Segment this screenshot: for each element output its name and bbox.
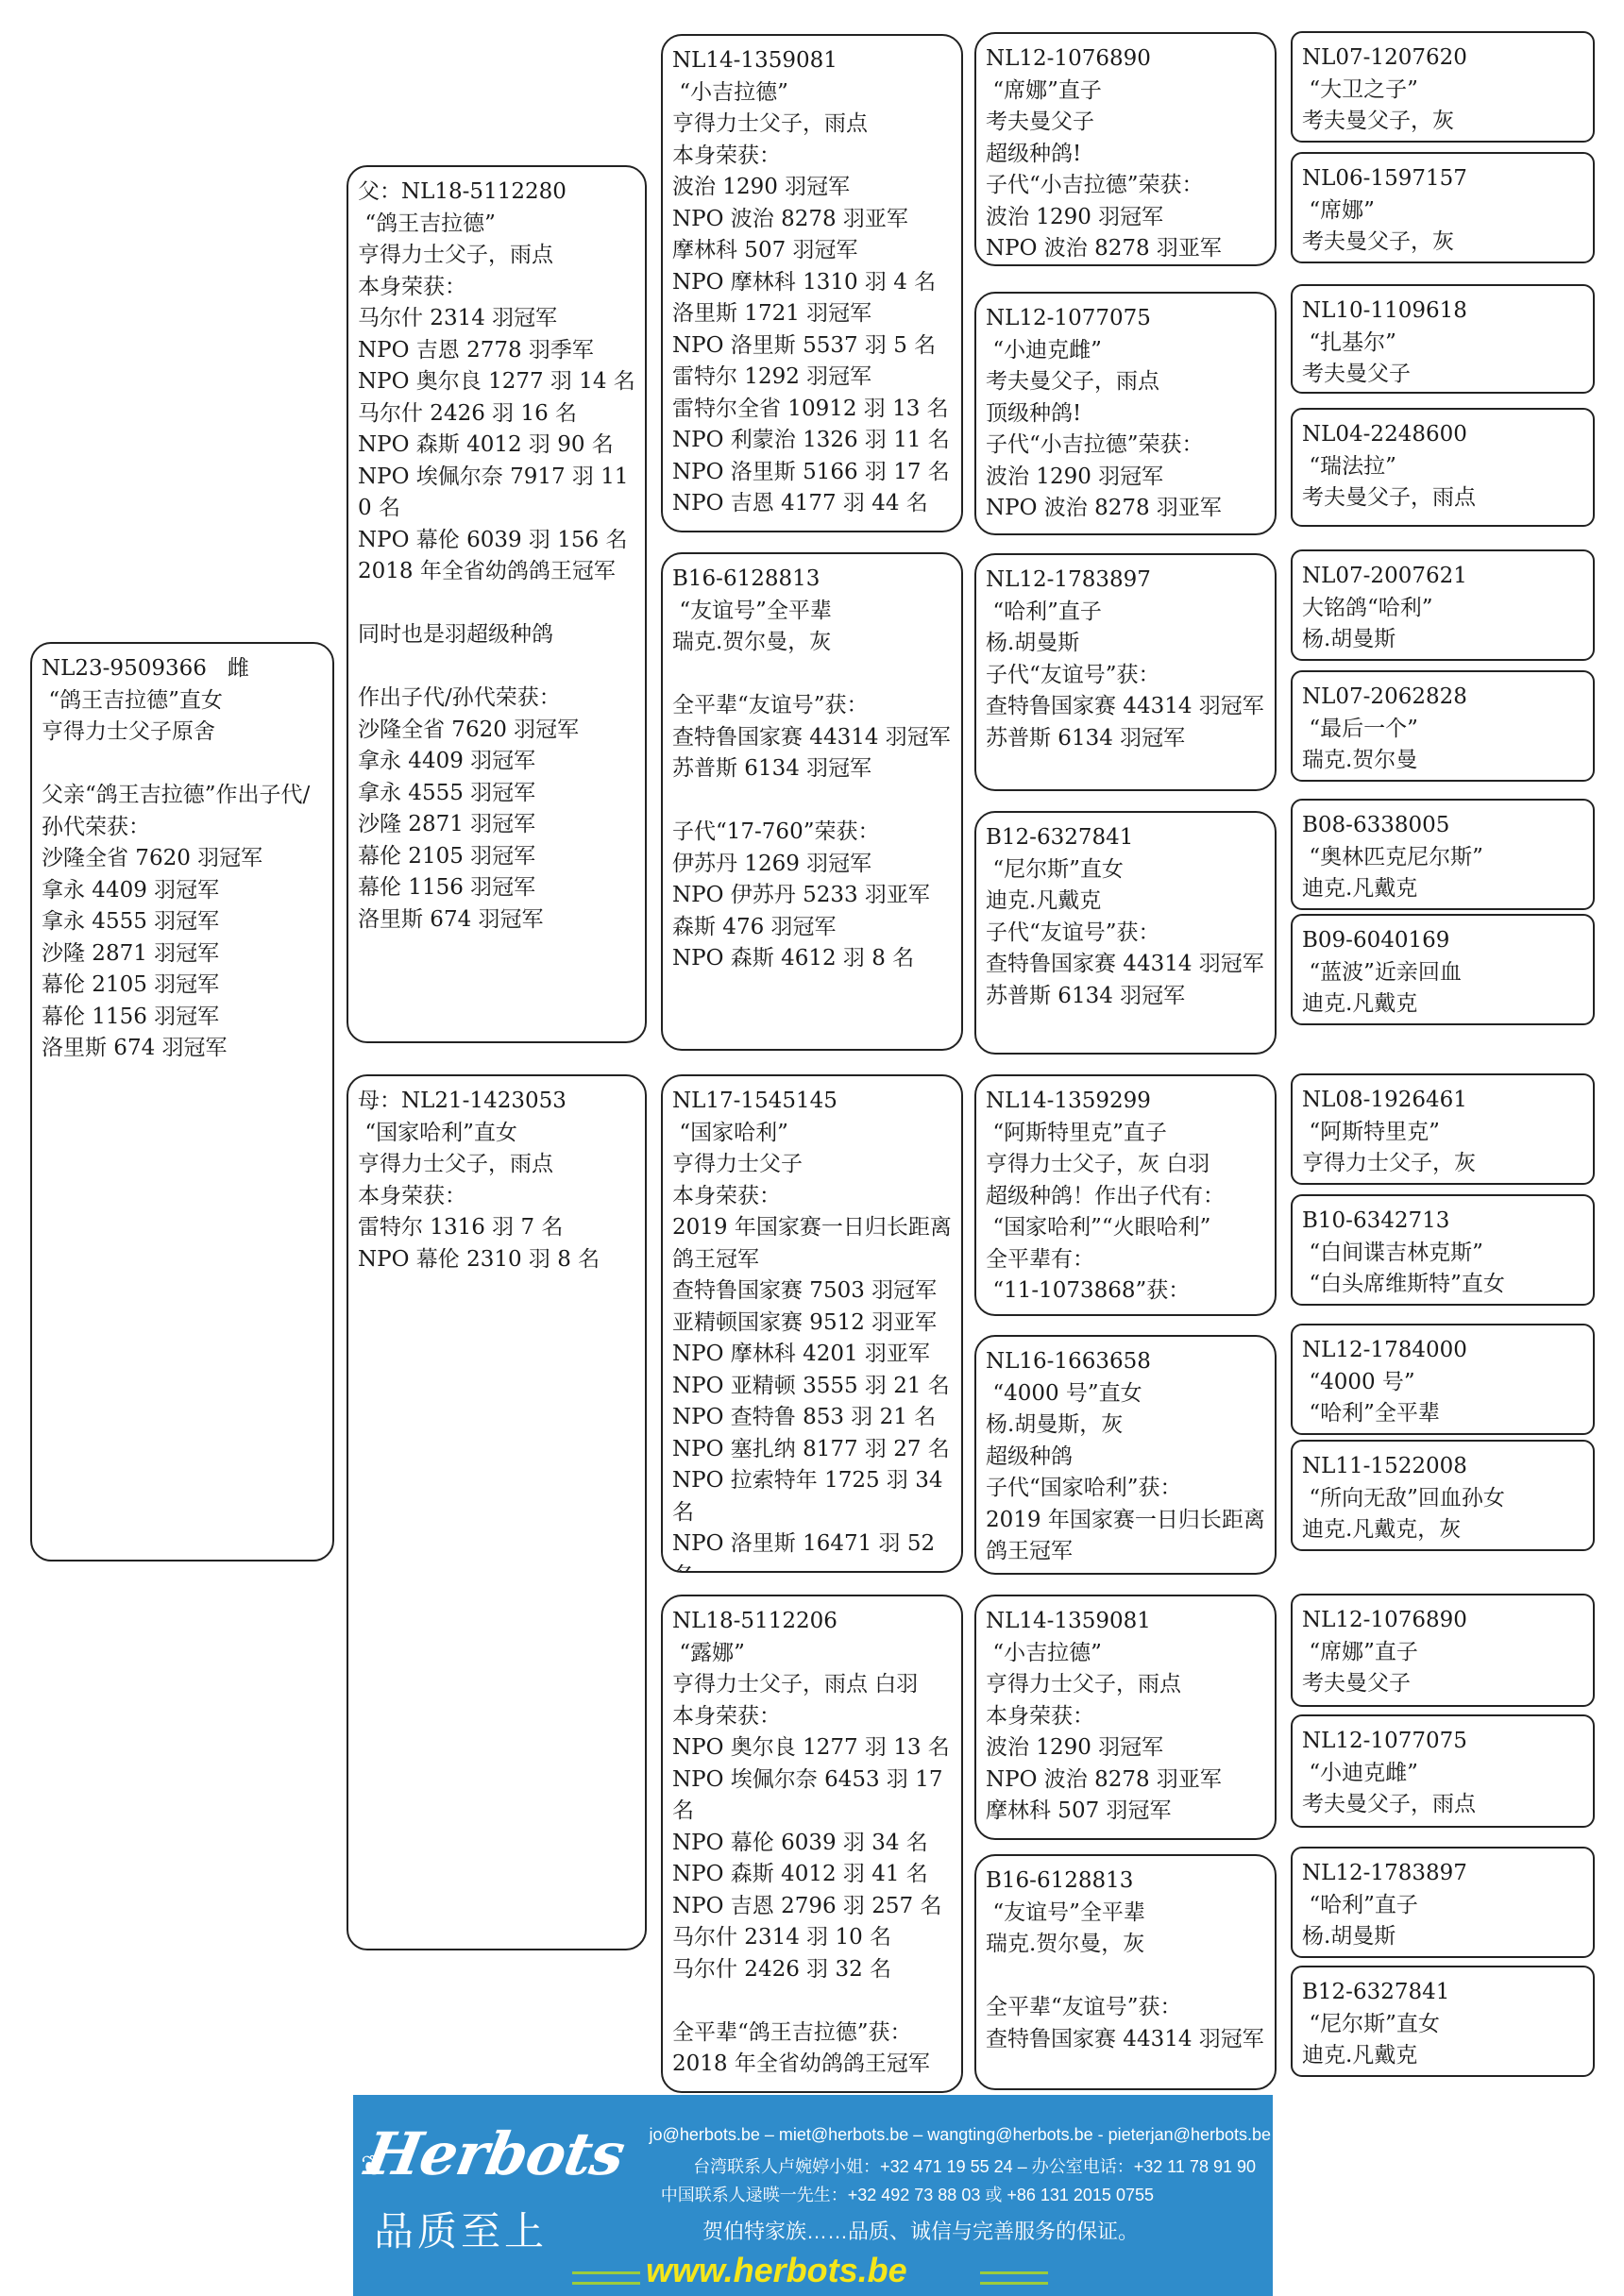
ring-number: B12-6327841: [1302, 1977, 1583, 2009]
card-line: “瑞法拉”: [1302, 451, 1583, 483]
card-line: NPO 亚精顿 3555 羽 21 名: [672, 1371, 952, 1403]
card-line: 摩林科 507 羽冠军: [672, 235, 952, 267]
great-great-grandparent-card: NL07-2007621大铭鸽“哈利”杨.胡曼斯: [1291, 549, 1595, 661]
card-line: “哈利”直子: [1302, 1890, 1583, 1922]
ring-number: NL14-1359299: [986, 1086, 1265, 1118]
great-grandparent-card: B16-6128813 “友谊号”全平辈瑞克.贺尔曼，灰全平辈“友谊号”获：查特…: [974, 1854, 1277, 2090]
card-line: “小迪克雌”: [986, 335, 1265, 367]
card-line: 本身荣获：: [672, 1701, 952, 1733]
card-line: 杨.胡曼斯: [1302, 1921, 1583, 1953]
card-line: 亨得力士父子，灰: [1302, 1148, 1583, 1180]
card-line: 查特鲁国家赛 44314 羽冠军: [986, 2024, 1265, 2056]
card-line: NPO 洛里斯 5537 羽 5 名: [672, 330, 952, 363]
great-great-grandparent-card: NL12-1783897 “哈利”直子杨.胡曼斯: [1291, 1847, 1595, 1958]
card-line: 雷特尔全省 10912 羽 13 名: [672, 394, 952, 426]
slogan: 品质至上: [374, 2201, 548, 2257]
card-line: 本身荣获：: [358, 272, 635, 304]
card-line: 亨得力士父子，雨点: [672, 109, 952, 141]
ring-number: NL16-1663658: [986, 1346, 1265, 1378]
ring-number: NL06-1597157: [1302, 163, 1583, 195]
ring-number: NL07-1207620: [1302, 42, 1583, 75]
card-line: “友谊号”全平辈: [986, 1898, 1265, 1930]
great-grandparent-card: NL14-1359299 “阿斯特里克”直子亨得力士父子，灰 白羽超级种鸽！作出…: [974, 1074, 1277, 1316]
great-great-grandparent-card: NL12-1076890 “席娜”直子考夫曼父子: [1291, 1594, 1595, 1707]
grandparent-card: B16-6128813 “友谊号”全平辈瑞克.贺尔曼，灰全平辈“友谊号”获：查特…: [661, 552, 963, 1051]
card-line: “国家哈利”: [672, 1118, 952, 1150]
card-line: NPO 利蒙治 1326 羽 11 名: [672, 425, 952, 457]
card-line: “哈利”直子: [986, 597, 1265, 629]
card-line: “阿斯特里克”直子: [986, 1118, 1265, 1150]
card-line: NPO 幕伦 2310 羽 8 名: [358, 1244, 635, 1276]
card-line: NPO 幕伦 6039 羽 34 名: [672, 1828, 952, 1860]
card-line: 波治 1290 羽冠军: [986, 1732, 1265, 1764]
card-line: NPO 伊苏丹 5233 羽亚军: [672, 880, 952, 912]
herbots-logo: Herbots: [361, 2119, 630, 2188]
card-line: 洛里斯 674 羽冠军: [358, 904, 635, 937]
great-grandparent-card: NL12-1077075 “小迪克雌”考夫曼父子，雨点顶级种鸽!子代“小吉拉德”…: [974, 292, 1277, 535]
ring-number: B16-6128813: [672, 564, 952, 596]
card-line: NPO 奥尔良 1277 羽 14 名: [358, 366, 635, 398]
card-line: [986, 1961, 1265, 1993]
card-line: 本身荣获：: [986, 1701, 1265, 1733]
great-great-grandparent-card: NL10-1109618 “扎基尔”考夫曼父子: [1291, 284, 1595, 394]
card-line: 拿永 4555 羽冠军: [358, 778, 635, 810]
card-line: 本身荣获：: [358, 1181, 635, 1213]
great-great-grandparent-card: B12-6327841 “尼尔斯”直女迪克.凡戴克: [1291, 1966, 1595, 2077]
card-line: NPO 波治 8278 羽亚军: [672, 204, 952, 236]
card-line: NPO 森斯 4012 羽 90 名: [358, 430, 635, 462]
card-line: NPO 塞扎纳 8177 羽 27 名: [672, 1434, 952, 1466]
ring-number: NL08-1926461: [1302, 1085, 1583, 1117]
card-line: 洛里斯 1721 羽冠军: [672, 298, 952, 330]
card-line: 幕伦 1156 羽冠军: [358, 872, 635, 904]
card-line: 沙隆 2871 羽冠军: [42, 938, 323, 971]
card-line: 瑞克.贺尔曼，灰: [672, 627, 952, 659]
card-line: 沙隆 2871 羽冠军: [358, 809, 635, 841]
card-line: 苏普斯 6134 羽冠军: [986, 723, 1265, 755]
card-line: “奥林匹克尼尔斯”: [1302, 842, 1583, 874]
card-line: 迪克.凡戴克: [1302, 2040, 1583, 2072]
card-line: 全平辈“友谊号”获：: [986, 1992, 1265, 2024]
grandparent-card: NL18-5112206 “露娜”亨得力士父子，雨点 白羽本身荣获：NPO 奥尔…: [661, 1595, 963, 2093]
card-line: 拿永 4409 羽冠军: [358, 746, 635, 778]
card-line: 父亲“鸽王吉拉德”作出子代/孙代荣获：: [42, 780, 323, 843]
card-line: 子代“友谊号”获：: [986, 660, 1265, 692]
great-great-grandparent-card: B09-6040169 “蓝波”近亲回血迪克.凡戴克: [1291, 914, 1595, 1025]
card-line: 本身荣获：: [672, 141, 952, 173]
card-line: “鸽王吉拉德”: [358, 209, 635, 241]
card-line: 杨.胡曼斯: [1302, 624, 1583, 656]
ring-number: NL17-1545145: [672, 1086, 952, 1118]
card-line: “小吉拉德”: [672, 77, 952, 110]
card-line: 迪克.凡戴克: [1302, 873, 1583, 905]
card-line: 亨得力士父子，雨点 白羽: [672, 1669, 952, 1701]
grandparent-card: NL17-1545145 “国家哈利”亨得力士父子本身荣获：2019 年国家赛一…: [661, 1074, 963, 1573]
ring-number: NL10-1109618: [1302, 295, 1583, 328]
card-line: 拿永 4409 羽冠军: [42, 875, 323, 907]
card-line: 沙隆全省 7620 羽冠军: [358, 715, 635, 747]
herbots-banner: ❦ Herbots 品质至上 jo@herbots.be – miet@herb…: [353, 2095, 1273, 2296]
great-grandparent-card: B12-6327841 “尼尔斯”直女迪克.凡戴克子代“友谊号”获：查特鲁国家赛…: [974, 811, 1277, 1055]
card-line: 考夫曼父子，灰: [1302, 106, 1583, 138]
sire-card: 父：NL18-5112280 “鸽王吉拉德”亨得力士父子，雨点本身荣获：马尔什 …: [347, 165, 647, 1043]
card-line: 子代“小吉拉德”荣获：: [986, 170, 1265, 202]
ring-number: NL07-2007621: [1302, 561, 1583, 593]
card-line: 苏普斯 6134 羽冠军: [672, 753, 952, 785]
card-line: 考夫曼父子，雨点: [1302, 1789, 1583, 1821]
card-line: “最后一个”: [1302, 714, 1583, 746]
card-line: [672, 659, 952, 691]
card-line: 马尔什 2314 羽冠军: [358, 303, 635, 335]
great-great-grandparent-card: NL04-2248600 “瑞法拉”考夫曼父子，雨点: [1291, 408, 1595, 527]
card-line: NPO 查特鲁 853 羽 21 名: [672, 1402, 952, 1434]
card-line: 2018 年全省幼鸽鸽王冠军: [672, 2049, 952, 2081]
card-line: 亨得力士父子，雨点: [986, 1669, 1265, 1701]
ring-number: B12-6327841: [986, 822, 1265, 854]
card-line: 同时也是羽超级种鸽: [358, 619, 635, 651]
ring-number: NL04-2248600: [1302, 419, 1583, 451]
card-line: 森斯 476 羽冠军: [672, 912, 952, 944]
card-line: NPO 森斯 4012 羽 41 名: [672, 1859, 952, 1891]
card-line: 考夫曼父子: [1302, 1668, 1583, 1700]
card-line: 迪克.凡戴克: [986, 886, 1265, 918]
card-line: 摩林科 507 羽冠军: [986, 1796, 1265, 1828]
card-line: 超级种鸽: [986, 1442, 1265, 1474]
card-line: “露娜”: [672, 1638, 952, 1670]
decorative-line-right: [980, 2271, 1048, 2285]
card-line: “哈利”全平辈: [1302, 1398, 1583, 1430]
card-line: 雷特尔 1292 羽冠军: [672, 362, 952, 394]
card-line: 本身荣获：: [672, 1181, 952, 1213]
card-line: “尼尔斯”直女: [986, 854, 1265, 886]
card-line: 亨得力士父子，雨点: [358, 240, 635, 272]
card-line: 马尔什 2314 羽 10 名: [672, 1922, 952, 1954]
card-line: 大铭鸽“哈利”: [1302, 593, 1583, 625]
card-line: 全平辈“友谊号”获：: [672, 690, 952, 722]
ring-number: NL14-1359081: [986, 1606, 1265, 1638]
great-grandparent-card: NL14-1359081 “小吉拉德”亨得力士父子，雨点本身荣获：波治 1290…: [974, 1595, 1277, 1840]
card-line: NPO 森斯 4612 羽 8 名: [672, 943, 952, 975]
card-line: 超级种鸽!: [986, 139, 1265, 171]
card-line: “国家哈利”“火眼哈利”: [986, 1212, 1265, 1244]
card-line: [358, 588, 635, 620]
card-line: 2019 年国家赛一日归长距离鸽王冠军: [986, 1505, 1265, 1568]
ring-number: B16-6128813: [986, 1865, 1265, 1898]
ring-number: 父：NL18-5112280: [358, 177, 635, 209]
card-line: [358, 651, 635, 684]
card-line: 马尔什 2426 羽 16 名: [358, 398, 635, 430]
card-line: 波治 1290 羽冠军: [672, 172, 952, 204]
ring-number: NL12-1077075: [1302, 1726, 1583, 1758]
card-line: “尼尔斯”直女: [1302, 2009, 1583, 2041]
card-line: 杨.胡曼斯: [986, 628, 1265, 660]
card-line: 迪克.凡戴克: [1302, 988, 1583, 1021]
card-line: NPO 埃佩尔奈 7917 羽 110 名: [358, 462, 635, 525]
card-line: 亨得力士父子，雨点: [358, 1149, 635, 1181]
ring-number: NL14-1359081: [672, 45, 952, 77]
card-line: 亚精顿国家赛 9512 羽亚军: [672, 1308, 952, 1340]
great-grandparent-card: NL16-1663658 “4000 号”直女杨.胡曼斯，灰超级种鸽子代“国家哈…: [974, 1335, 1277, 1575]
card-line: “席娜”直子: [1302, 1637, 1583, 1669]
card-line: 查特鲁国家赛 44314 羽冠军: [986, 949, 1265, 981]
card-line: “所向无敌”回血孙女: [1302, 1483, 1583, 1515]
card-line: NPO 洛里斯 16471 羽 52 名: [672, 1528, 952, 1573]
card-line: 沙隆全省 7620 羽冠军: [42, 843, 323, 875]
card-line: NPO 埃佩尔奈 6453 羽 17 名: [672, 1764, 952, 1828]
ring-number: NL12-1783897: [986, 565, 1265, 597]
card-line: 超级种鸽！作出子代有：: [986, 1181, 1265, 1213]
ring-number: B10-6342713: [1302, 1206, 1583, 1238]
card-line: [672, 785, 952, 818]
card-line: “白间谍吉林克斯”: [1302, 1238, 1583, 1270]
card-line: 作出子代/孙代荣获：: [358, 683, 635, 715]
card-line: 亨得力士父子原舍: [42, 717, 323, 749]
card-line: [42, 749, 323, 781]
card-line: 考夫曼父子，灰: [1302, 227, 1583, 259]
card-line: 洛里斯 674 羽冠军: [42, 1033, 323, 1065]
great-great-grandparent-card: NL12-1784000 “4000 号” “哈利”全平辈: [1291, 1324, 1595, 1435]
card-line: 顶级种鸽!: [986, 398, 1265, 430]
ring-number: NL07-2062828: [1302, 682, 1583, 714]
great-grandparent-card: NL12-1783897 “哈利”直子杨.胡曼斯子代“友谊号”获：查特鲁国家赛 …: [974, 553, 1277, 791]
card-line: 迪克.凡戴克，灰: [1302, 1514, 1583, 1546]
card-line: “国家哈利”直女: [358, 1118, 635, 1150]
great-great-grandparent-card: NL07-1207620 “大卫之子”考夫曼父子，灰: [1291, 31, 1595, 143]
card-line: 幕伦 2105 羽冠军: [42, 970, 323, 1002]
card-line: NPO 奥尔良 1277 羽 13 名: [672, 1732, 952, 1764]
card-line: 苏普斯 6134 羽冠军: [986, 981, 1265, 1013]
card-line: “扎基尔”: [1302, 328, 1583, 360]
great-great-grandparent-card: NL11-1522008 “所向无敌”回血孙女迪克.凡戴克，灰: [1291, 1440, 1595, 1551]
card-line: 瑞克.贺尔曼: [1302, 745, 1583, 777]
card-line: 瑞克.贺尔曼，灰: [986, 1929, 1265, 1961]
card-line: “大卫之子”: [1302, 75, 1583, 107]
card-line: 杨.胡曼斯，灰: [986, 1410, 1265, 1442]
ring-number: NL23-9509366 雌: [42, 653, 323, 685]
card-line: NPO 吉恩 4177 羽 44 名: [672, 488, 952, 520]
card-line: 子代“17-760”荣获：: [672, 817, 952, 849]
card-line: NPO 吉恩 2796 羽 257 名: [672, 1891, 952, 1923]
card-line: 考夫曼父子: [986, 107, 1265, 139]
email-contacts[interactable]: jo@herbots.be – miet@herbots.be – wangti…: [650, 2125, 1271, 2145]
china-contact: 中国联系人逯暎一先生：+32 492 73 88 03 或 +86 131 20…: [661, 2182, 1154, 2206]
card-line: 幕伦 2105 羽冠军: [358, 841, 635, 873]
ring-number: B08-6338005: [1302, 810, 1583, 842]
card-line: 全平辈“鸽王吉拉德”获：: [672, 2017, 952, 2050]
great-great-grandparent-card: B08-6338005 “奥林匹克尼尔斯”迪克.凡戴克: [1291, 799, 1595, 910]
card-line: “席娜”直子: [986, 76, 1265, 108]
card-line: “鸽王吉拉德”直女: [42, 685, 323, 717]
decorative-line-left: [572, 2271, 640, 2285]
great-great-grandparent-card: B10-6342713 “白间谍吉林克斯” “白头席维斯特”直女: [1291, 1194, 1595, 1306]
card-line: NPO 波治 8278 羽亚军: [986, 493, 1265, 525]
card-line: NPO 幕伦 6039 羽 156 名: [358, 525, 635, 557]
card-line: 亨得力士父子: [672, 1149, 952, 1181]
great-grandparent-card: NL12-1076890 “席娜”直子考夫曼父子超级种鸽!子代“小吉拉德”荣获：…: [974, 32, 1277, 266]
subject-pigeon-card: NL23-9509366 雌 “鸽王吉拉德”直女亨得力士父子原舍父亲“鸽王吉拉德…: [30, 642, 334, 1562]
card-line: 全平辈有：: [986, 1244, 1265, 1276]
card-line: 考夫曼父子，雨点: [986, 366, 1265, 398]
card-line: 2018 年全省幼鸽鸽王冠军: [358, 556, 635, 588]
card-line: NPO 波治 8278 羽亚军: [986, 1764, 1265, 1797]
card-line: “友谊号”全平辈: [672, 596, 952, 628]
card-line: “蓝波”近亲回血: [1302, 957, 1583, 989]
card-line: 考夫曼父子，雨点: [1302, 482, 1583, 515]
card-line: [672, 1985, 952, 2017]
card-line: 子代“小吉拉德”荣获：: [986, 430, 1265, 462]
ring-number: NL18-5112206: [672, 1606, 952, 1638]
card-line: 波治 1290 羽冠军: [986, 202, 1265, 234]
card-line: 子代“友谊号”获：: [986, 918, 1265, 950]
card-line: 亨得力士父子，灰 白羽: [986, 1149, 1265, 1181]
ring-number: NL12-1784000: [1302, 1335, 1583, 1367]
card-line: 2019 年国家赛一日归长距离鸽王冠军: [672, 1212, 952, 1275]
ring-number: B09-6040169: [1302, 925, 1583, 957]
card-line: “11-1073868”获：: [986, 1275, 1265, 1308]
ring-number: 母：NL21-1423053: [358, 1086, 635, 1118]
ring-number: NL12-1077075: [986, 303, 1265, 335]
card-line: 拿永 4555 羽冠军: [42, 906, 323, 938]
great-great-grandparent-card: NL08-1926461 “阿斯特里克”亨得力士父子，灰: [1291, 1073, 1595, 1185]
card-line: NPO 波治 8278 羽亚军: [986, 233, 1265, 265]
card-line: “小吉拉德”: [986, 1638, 1265, 1670]
grandparent-card: NL14-1359081 “小吉拉德”亨得力士父子，雨点本身荣获：波治 1290…: [661, 34, 963, 532]
great-great-grandparent-card: NL06-1597157 “席娜”考夫曼父子，灰: [1291, 152, 1595, 263]
taiwan-contact: 台湾联系人卢婉婷小姐：+32 471 19 55 24 – 办公室电话：+32 …: [693, 2153, 1256, 2178]
card-line: 波治 1290 羽冠军: [986, 462, 1265, 494]
card-line: NPO 摩林科 4201 羽亚军: [672, 1339, 952, 1371]
motto: 贺伯特家族……品质、诚信与完善服务的保证。: [702, 2216, 1139, 2245]
card-line: 考夫曼父子: [1302, 359, 1583, 391]
website-link[interactable]: www.herbots.be: [646, 2251, 907, 2290]
card-line: “席娜”: [1302, 195, 1583, 228]
card-line: “小迪克雌”: [1302, 1758, 1583, 1790]
card-line: NPO 吉恩 2778 羽季军: [358, 335, 635, 367]
card-line: NPO 洛里斯 5166 羽 17 名: [672, 457, 952, 489]
card-line: “4000 号”: [1302, 1367, 1583, 1399]
great-great-grandparent-card: NL12-1077075 “小迪克雌”考夫曼父子，雨点: [1291, 1714, 1595, 1828]
card-line: “白头席维斯特”直女: [1302, 1269, 1583, 1301]
card-line: 幕伦 1156 羽冠军: [42, 1002, 323, 1034]
card-line: 伊苏丹 1269 羽冠军: [672, 849, 952, 881]
dam-card: 母：NL21-1423053 “国家哈利”直女亨得力士父子，雨点本身荣获：雷特尔…: [347, 1074, 647, 1950]
great-great-grandparent-card: NL07-2062828 “最后一个”瑞克.贺尔曼: [1291, 670, 1595, 782]
card-line: NPO 拉索特年 1725 羽 34 名: [672, 1465, 952, 1528]
card-line: 子代“国家哈利”获：: [986, 1473, 1265, 1505]
ring-number: NL12-1076890: [986, 43, 1265, 76]
card-line: NPO 摩林科 1310 羽 4 名: [672, 267, 952, 299]
card-line: “4000 号”直女: [986, 1378, 1265, 1410]
card-line: 查特鲁国家赛 7503 羽冠军: [672, 1275, 952, 1308]
ring-number: NL12-1076890: [1302, 1605, 1583, 1637]
card-line: 马尔什 2426 羽 32 名: [672, 1954, 952, 1986]
ring-number: NL12-1783897: [1302, 1858, 1583, 1890]
ring-number: NL11-1522008: [1302, 1451, 1583, 1483]
card-line: 雷特尔 1316 羽 7 名: [358, 1212, 635, 1244]
card-line: 查特鲁国家赛 44314 羽冠军: [986, 691, 1265, 723]
card-line: “阿斯特里克”: [1302, 1117, 1583, 1149]
card-line: 查特鲁国家赛 44314 羽冠军: [672, 722, 952, 754]
